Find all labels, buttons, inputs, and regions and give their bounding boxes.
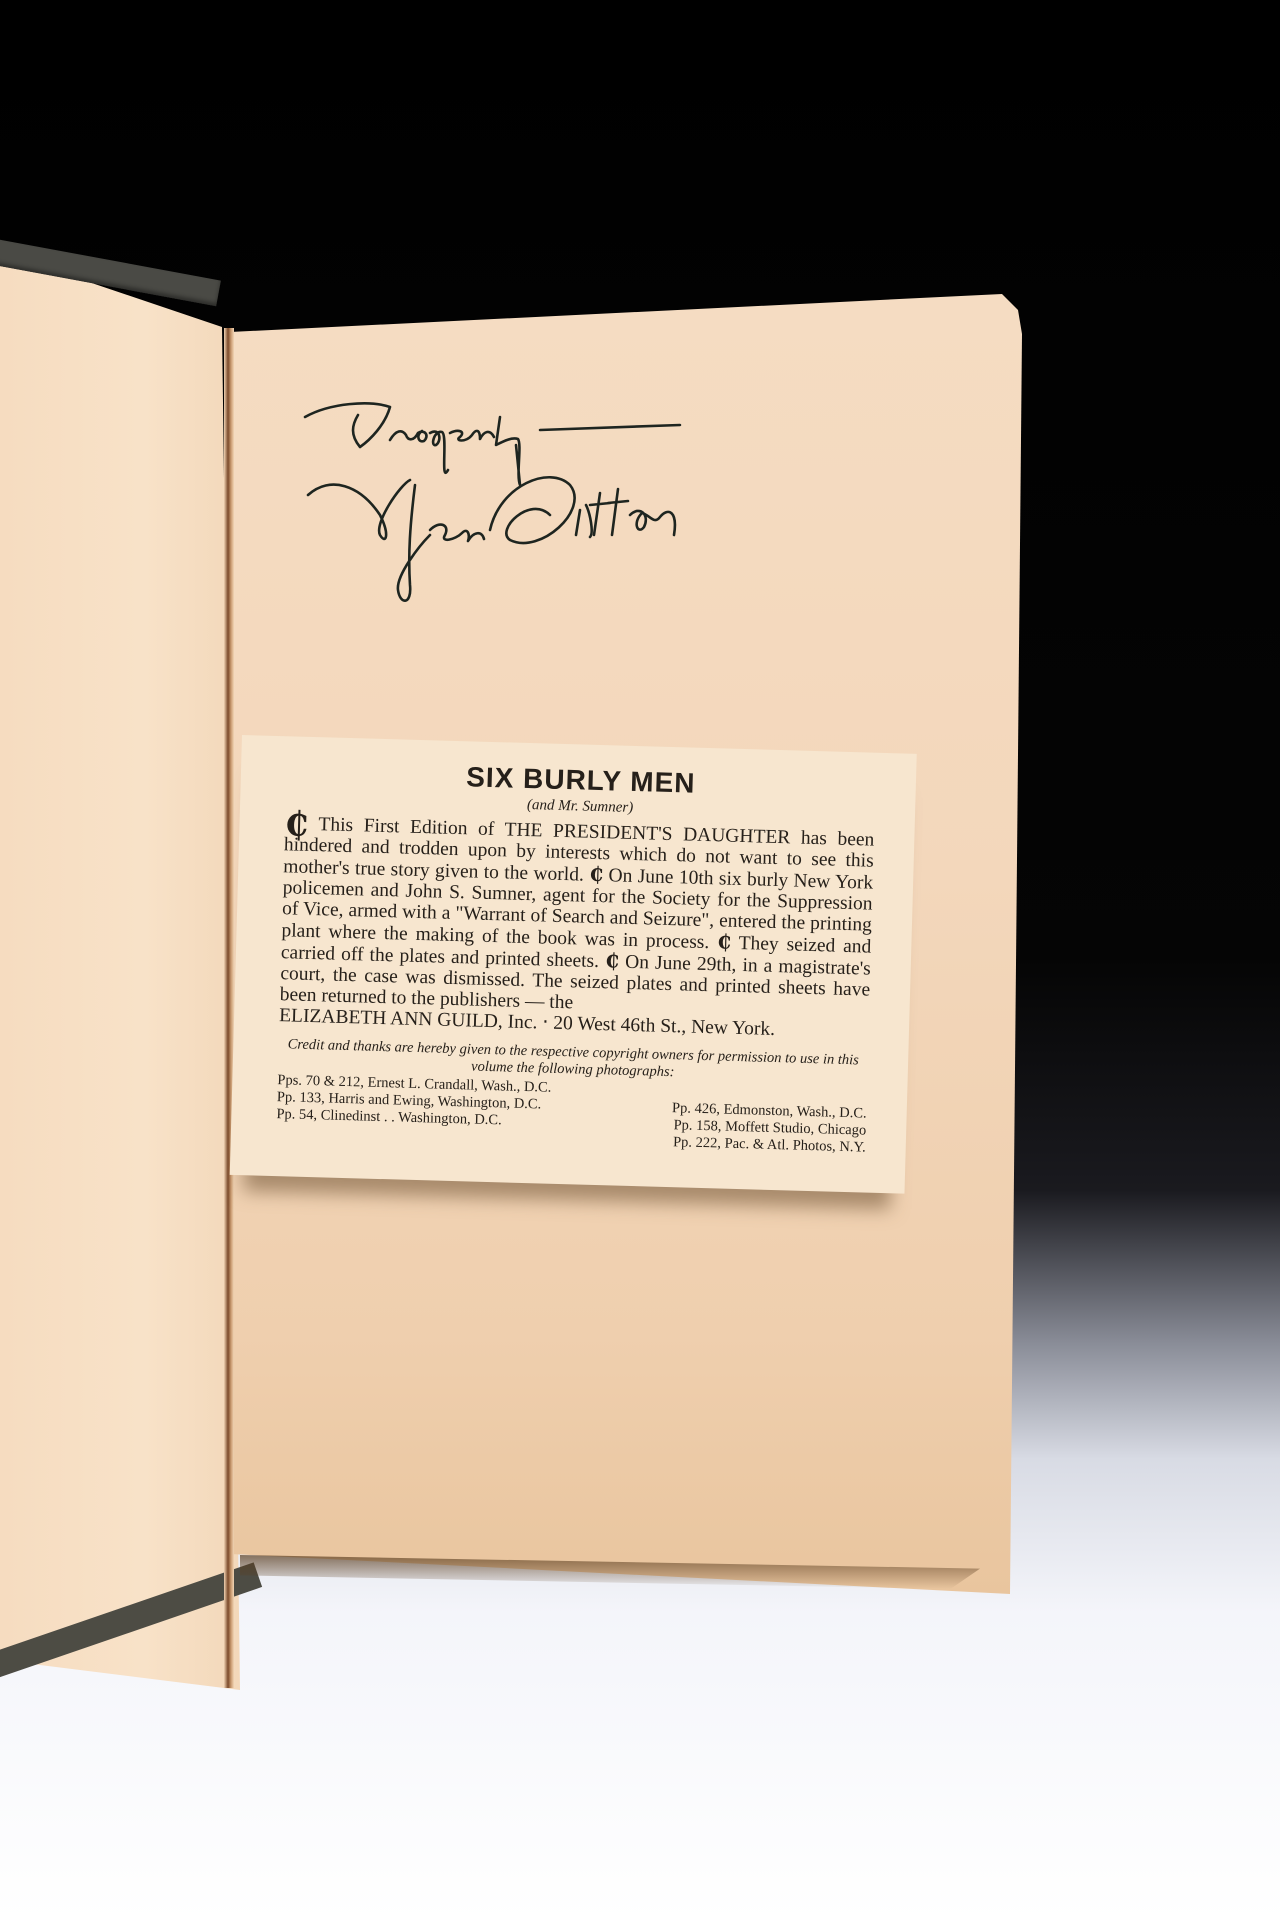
pilcrow-icon: ₵ <box>589 862 604 886</box>
book-gutter <box>224 328 234 1688</box>
handwritten-inscription: Nan Britton <box>290 385 770 615</box>
pilcrow-icon: ₵ <box>717 929 732 953</box>
photo-credits: Pps. 70 & 212, Ernest L. Crandall, Wash.… <box>276 1072 868 1156</box>
pasted-publisher-slip: SIX BURLY MEN (and Mr. Sumner) ₵ This Fi… <box>230 735 917 1194</box>
slip-body: ₵ This First Edition of THE PRESIDENT'S … <box>279 813 874 1021</box>
book-photo: Nan Britton SIX BURLY MEN (and Mr. Sumne… <box>0 0 1280 1920</box>
pilcrow-icon: ₵ <box>605 948 620 972</box>
